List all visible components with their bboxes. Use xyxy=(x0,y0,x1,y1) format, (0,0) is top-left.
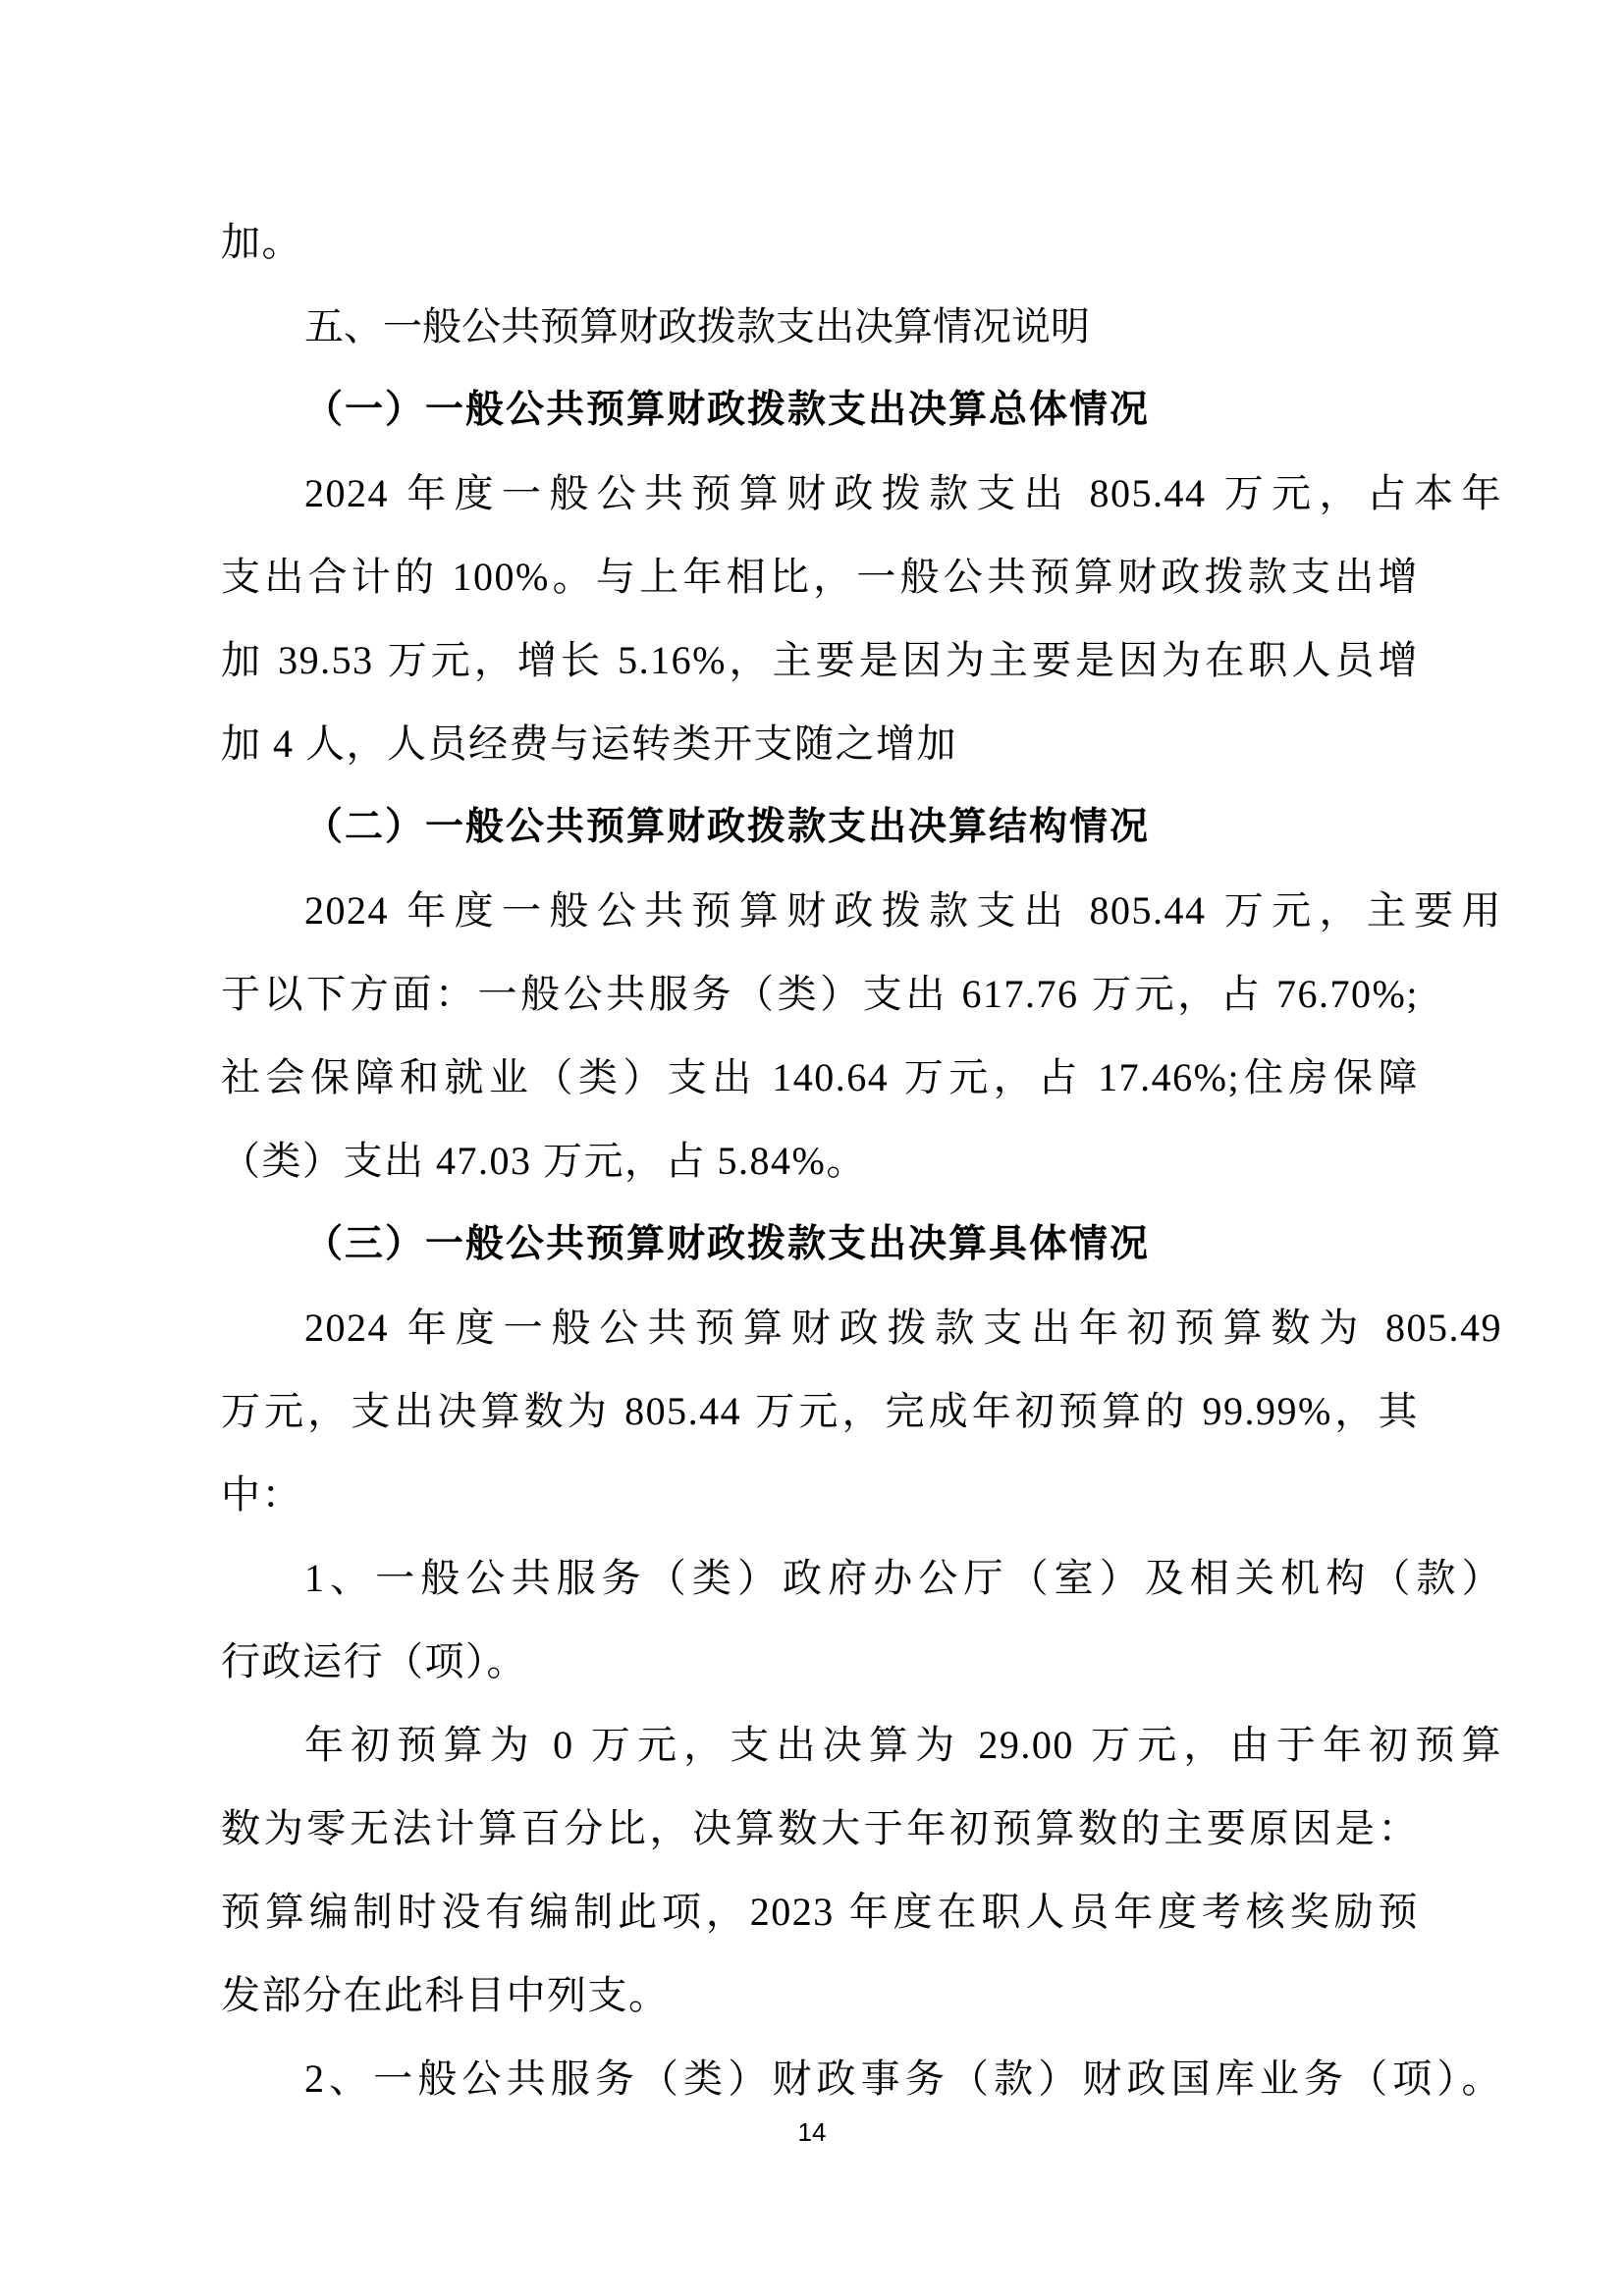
item-1-title-line-2: 行政运行（项）。 xyxy=(221,1637,1419,1686)
subsection-heading-overall: （一）一般公共预算财政拨款支出决算总体情况 xyxy=(304,386,1502,435)
paragraph-detail-line-2: 万元，支出决算数为 805.44 万元，完成年初预算的 99.99%，其 xyxy=(221,1387,1419,1436)
subsection-heading-detail: （三）一般公共预算财政拨款支出决算具体情况 xyxy=(304,1220,1502,1269)
item-1-title-line-1: 1、一般公共服务（类）政府办公厅（室）及相关机构（款） xyxy=(304,1554,1502,1603)
page-number: 14 xyxy=(0,2117,1624,2148)
paragraph-structure-line-4: （类）支出 47.03 万元，占 5.84%。 xyxy=(221,1137,1419,1186)
paragraph-overall-line-3: 加 39.53 万元，增长 5.16%，主要是因为主要是因为在职人员增 xyxy=(221,636,1419,685)
item-1-paragraph-line-4: 发部分在此科目中列支。 xyxy=(221,1971,1419,2020)
paragraph-structure-line-3: 社会保障和就业（类）支出 140.64 万元，占 17.46%;住房保障 xyxy=(221,1053,1419,1102)
paragraph-detail-line-1: 2024 年度一般公共预算财政拨款支出年初预算数为 805.49 xyxy=(304,1304,1502,1353)
paragraph-structure-line-2: 于以下方面：一般公共服务（类）支出 617.76 万元，占 76.70%; xyxy=(221,970,1419,1019)
body-text-continuation: 加。 xyxy=(221,218,1419,267)
section-heading-five: 五、一般公共预算财政拨款支出决算情况说明 xyxy=(304,302,1502,351)
document-page: 加。 五、一般公共预算财政拨款支出决算情况说明 （一）一般公共预算财政拨款支出决… xyxy=(0,0,1624,2296)
paragraph-overall-line-1: 2024 年度一般公共预算财政拨款支出 805.44 万元，占本年 xyxy=(304,469,1502,518)
item-1-paragraph-line-3: 预算编制时没有编制此项，2023 年度在职人员年度考核奖励预 xyxy=(221,1888,1419,1937)
paragraph-overall-line-4: 加 4 人，人员经费与运转类开支随之增加 xyxy=(221,720,1419,769)
subsection-heading-structure: （二）一般公共预算财政拨款支出决算结构情况 xyxy=(304,803,1502,852)
item-2-title: 2、一般公共服务（类）财政事务（款）财政国库业务（项）。 xyxy=(304,2055,1502,2104)
paragraph-structure-line-1: 2024 年度一般公共预算财政拨款支出 805.44 万元，主要用 xyxy=(304,886,1502,935)
item-1-paragraph-line-2: 数为零无法计算百分比，决算数大于年初预算数的主要原因是： xyxy=(221,1804,1419,1853)
paragraph-detail-line-3: 中： xyxy=(221,1470,1419,1520)
item-1-paragraph-line-1: 年初预算为 0 万元，支出决算为 29.00 万元，由于年初预算 xyxy=(304,1721,1502,1770)
paragraph-overall-line-2: 支出合计的 100%。与上年相比，一般公共预算财政拨款支出增 xyxy=(221,553,1419,602)
